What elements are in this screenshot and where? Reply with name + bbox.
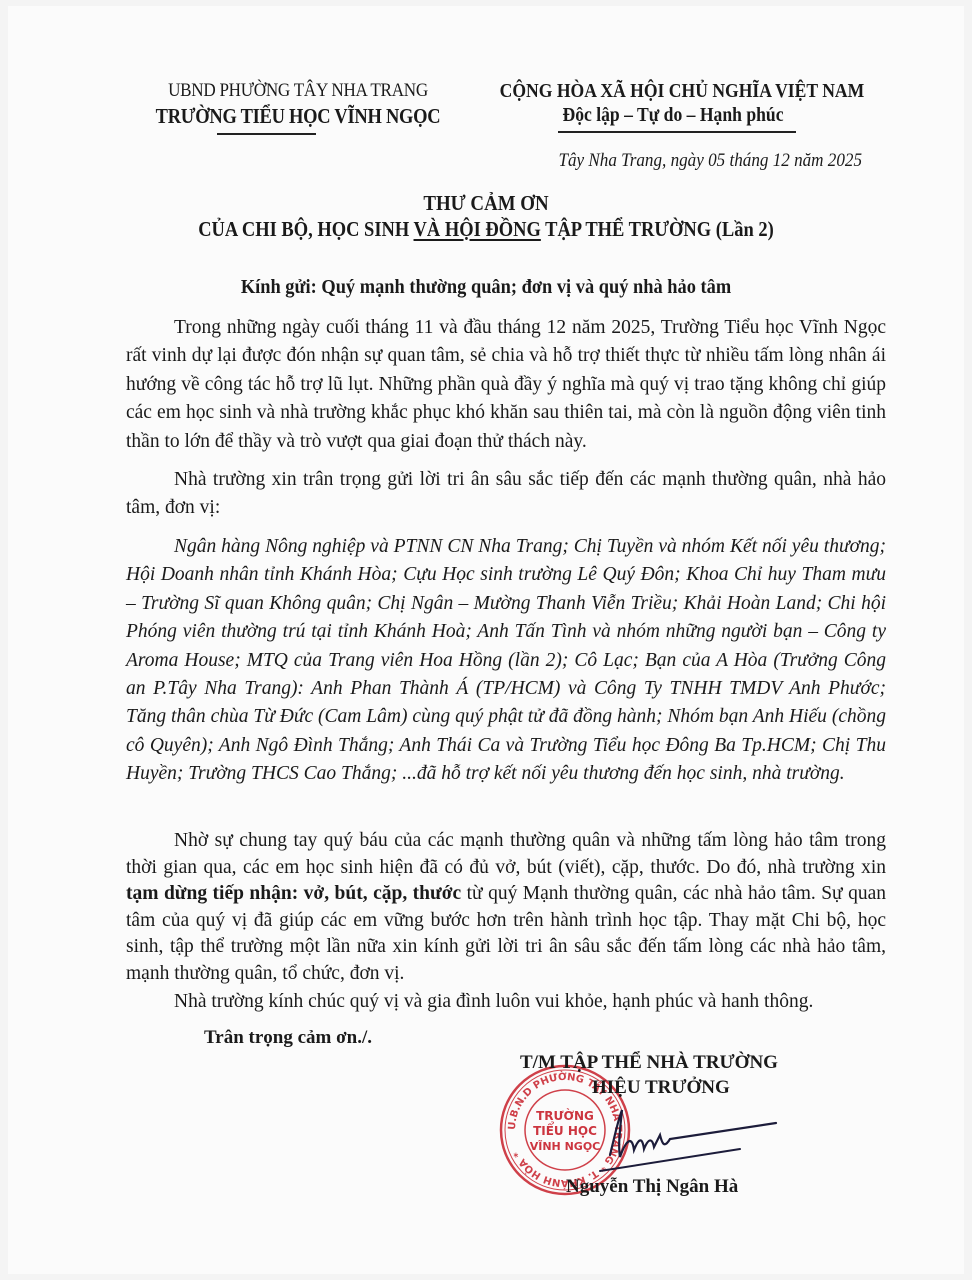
notice-text: Nhờ sự chung tay quý báu của các mạnh th… — [126, 830, 886, 878]
national-motto: Độc lập – Tự do – Hạnh phúc — [500, 104, 847, 127]
header-left-rule — [217, 133, 316, 135]
subtitle-part: TẬP THỂ TRƯỜNG (Lần 2) — [541, 217, 774, 241]
paragraph-notice: Nhờ sự chung tay quý báu của các mạnh th… — [126, 828, 886, 987]
paragraph-text: Nhà trường kính chúc quý vị và gia đình … — [126, 988, 886, 1016]
stamp-line: TRƯỜNG — [536, 1108, 594, 1123]
paragraph-thanks: Nhà trường xin trân trọng gửi lời tri ân… — [126, 466, 886, 523]
signatory-role: HIỆU TRƯỞNG — [592, 1077, 730, 1099]
paragraph-text: Trong những ngày cuối tháng 11 và đầu th… — [126, 314, 886, 456]
paragraph-donor-list: Ngân hàng Nông nghiệp và PTNN CN Nha Tra… — [126, 533, 886, 789]
greeting: Kính gửi: Quý mạnh thường quân; đơn vị v… — [39, 276, 933, 299]
paragraph-text: Ngân hàng Nông nghiệp và PTNN CN Nha Tra… — [126, 533, 886, 789]
paragraph-wishes: Nhà trường kính chúc quý vị và gia đình … — [126, 988, 886, 1016]
document-subtitle: CỦA CHI BỘ, HỌC SINH VÀ HỘI ĐỒNG TẬP THỂ… — [58, 217, 913, 242]
header-right-rule — [558, 131, 796, 133]
signatory-name: Nguyễn Thị Ngân Hà — [566, 1176, 738, 1198]
school-name: TRƯỜNG TIỂU HỌC VĨNH NGỌC — [150, 104, 446, 129]
subtitle-part: CỦA CHI BỘ, HỌC SINH — [198, 217, 413, 241]
national-title: CỘNG HÒA XÃ HỘI CHỦ NGHĨA VIỆT NAM — [500, 80, 847, 103]
notice-bold-text: tạm dừng tiếp nhận: vở, bút, cặp, thước — [126, 883, 461, 904]
paragraph-text: Nhà trường xin trân trọng gửi lời tri ân… — [126, 466, 886, 523]
closing-line: Trân trọng cảm ơn./. — [204, 1027, 372, 1049]
document-date: Tây Nha Trang, ngày 05 tháng 12 năm 2025 — [509, 150, 862, 172]
handwritten-signature-icon — [590, 1105, 780, 1175]
paragraph-text: Nhờ sự chung tay quý báu của các mạnh th… — [126, 828, 886, 987]
stamp-line: TIỂU HỌC — [533, 1121, 597, 1138]
paragraph-intro: Trong những ngày cuối tháng 11 và đầu th… — [126, 314, 886, 456]
signatory-title: T/M TẬP THỂ NHÀ TRƯỜNG — [520, 1052, 778, 1074]
document-title: THƯ CẢM ƠN — [49, 191, 924, 216]
subtitle-underlined-part: VÀ HỘI ĐỒNG — [414, 217, 541, 241]
issuing-authority: UBND PHƯỜNG TÂY NHA TRANG — [154, 80, 442, 102]
